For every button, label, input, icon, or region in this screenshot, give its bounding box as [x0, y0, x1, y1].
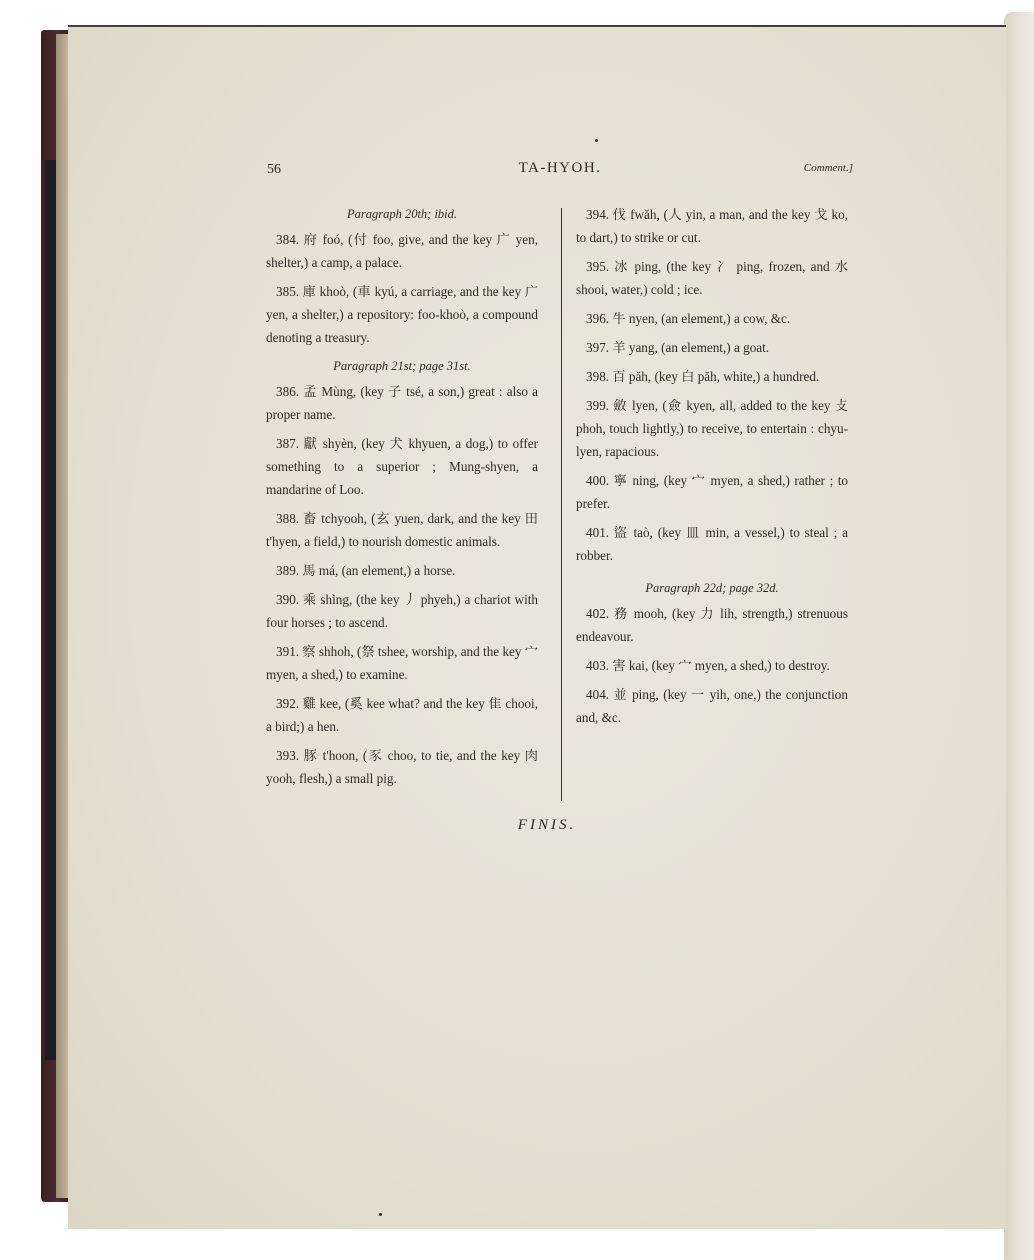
section-label: Comment.] [804, 162, 853, 174]
glossary-entry-396: 396. 牛 nyen, (an element,) a cow, &c. [576, 307, 848, 330]
glossary-entry-398: 398. 百 păh, (key 白 păh, white,) a hundre… [576, 365, 848, 388]
glossary-entry-402: 402. 務 mooh, (key 力 lih, strength,) stre… [576, 602, 848, 648]
glossary-entry-394: 394. 伐 fwăh, (人 yin, a man, and the key … [576, 203, 848, 249]
glossary-entry-397: 397. 羊 yang, (an element,) a goat. [576, 336, 848, 359]
column-divider [561, 208, 562, 801]
ink-speck [379, 1213, 382, 1216]
glossary-entry-390: 390. 乘 shìng, (the key 丿 phyeh,) a chari… [266, 588, 538, 634]
glossary-entry-393: 393. 豚 t'hoon, (豕 choo, to tie, and the … [266, 744, 538, 790]
glossary-entry-386: 386. 孟 Mùng, (key 子 tsé, a son,) great :… [266, 380, 538, 426]
finis-colophon: FINIS. [0, 817, 1034, 834]
glossary-entry-389: 389. 馬 má, (an element,) a horse. [266, 559, 538, 582]
glossary-entry-388: 388. 畜 tchyooh, (玄 yuen, dark, and the k… [266, 507, 538, 553]
glossary-entry-401: 401. 盜 taò, (key 皿 min, a vessel,) to st… [576, 521, 848, 567]
left-column: Paragraph 20th; ibid. 384. 府 foó, (付 foo… [266, 203, 538, 796]
page-header: 56 TA-HYOH. Comment.] [267, 160, 853, 180]
running-title: TA-HYOH. [267, 160, 853, 177]
glossary-entry-384: 384. 府 foó, (付 foo, give, and the key 广 … [266, 228, 538, 274]
ink-speck [595, 139, 598, 142]
paragraph-heading: Paragraph 22d; page 32d. [576, 577, 848, 600]
glossary-entry-385: 385. 庫 khoò, (車 kyú, a carriage, and the… [266, 280, 538, 349]
glossary-entry-392: 392. 雞 kee, (奚 kee what? and the key 隹 c… [266, 692, 538, 738]
glossary-entry-399: 399. 斂 lyen, (僉 kyen, all, added to the … [576, 394, 848, 463]
glossary-entry-395: 395. 冰 ping, (the key 冫 ping, frozen, an… [576, 255, 848, 301]
paragraph-heading: Paragraph 21st; page 31st. [266, 355, 538, 378]
right-column: 394. 伐 fwăh, (人 yin, a man, and the key … [576, 203, 848, 735]
facing-page-edge [1004, 12, 1034, 1260]
glossary-entry-400: 400. 寧 ning, (key 宀 myen, a shed,) rathe… [576, 469, 848, 515]
glossary-entry-387: 387. 獻 shyèn, (key 犬 khyuen, a dog,) to … [266, 432, 538, 501]
glossary-entry-391: 391. 察 shhoh, (祭 tshee, worship, and the… [266, 640, 538, 686]
glossary-entry-403: 403. 害 kai, (key 宀 myen, a shed,) to des… [576, 654, 848, 677]
glossary-entry-404: 404. 並 ping, (key 一 yih, one,) the conju… [576, 683, 848, 729]
paragraph-heading: Paragraph 20th; ibid. [266, 203, 538, 226]
